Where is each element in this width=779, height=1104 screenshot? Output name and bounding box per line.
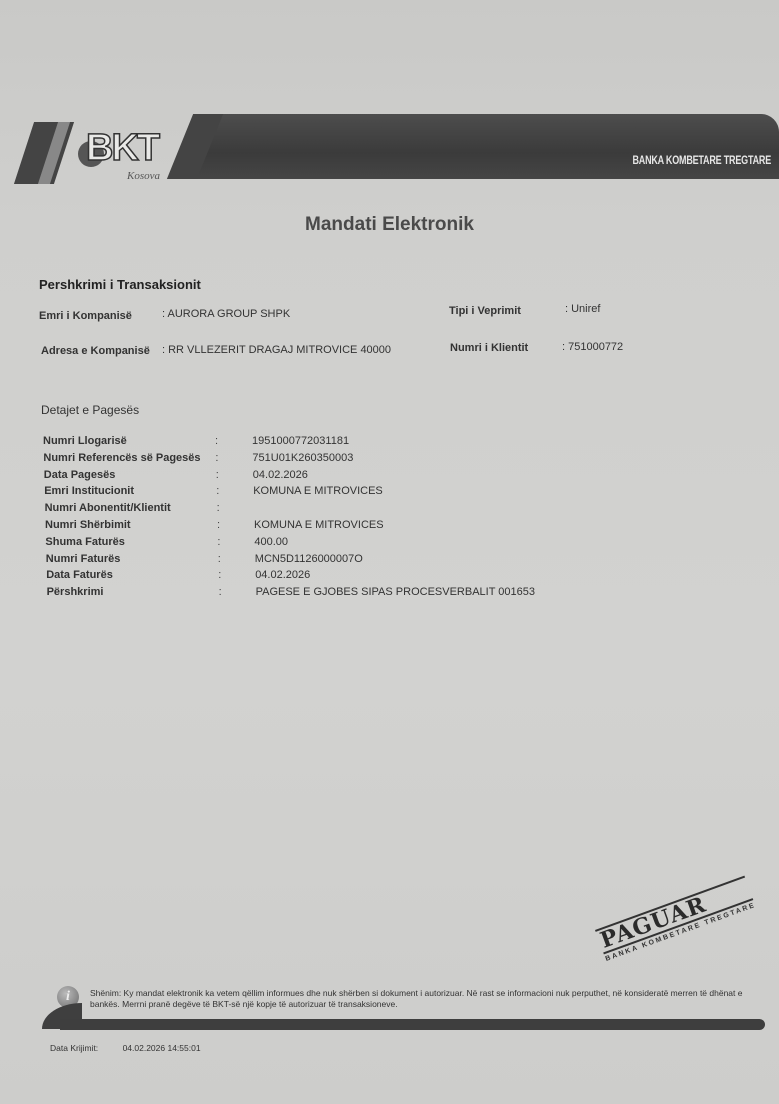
paid-stamp: PAGUAR BANKA KOMBETARE TREGTARE	[595, 875, 757, 962]
client-number-label: Numri i Klientit	[450, 342, 528, 354]
creation-date: Data Krijimit: 04.02.2026 14:55:01	[50, 1043, 201, 1053]
company-address-field: Adresa e Kompanisë	[41, 345, 150, 357]
payment-row-label: Përshkrimi	[47, 586, 104, 598]
payment-row-colon: :	[218, 553, 221, 565]
operation-type-field: Tipi i Veprimit	[449, 305, 521, 317]
header-bar: BANKA KOMBETARE TREGTARE	[196, 114, 779, 179]
bkt-logo: BKT Kosova	[72, 133, 172, 173]
payment-row-value: 751U01K260350003	[252, 452, 353, 464]
operation-type-label: Tipi i Veprimit	[449, 305, 521, 317]
operation-type-value: : Uniref	[565, 303, 600, 315]
company-address-label: Adresa e Kompanisë	[41, 345, 150, 357]
payment-row-colon: :	[217, 519, 220, 531]
payment-row-label: Data Faturës	[46, 569, 113, 581]
payment-row-label: Data Pagesës	[44, 469, 116, 481]
payment-row-value: KOMUNA E MITROVICES	[253, 485, 383, 497]
payment-row-colon: :	[217, 536, 220, 548]
footer-bar	[60, 1019, 765, 1030]
operation-type-value-wrap: : Uniref	[565, 303, 600, 315]
company-address-value-wrap: : RR VLLEZERIT DRAGAJ MITROVICE 40000	[162, 344, 391, 356]
payment-row-label: Emri Institucionit	[44, 485, 134, 497]
payment-row-value: KOMUNA E MITROVICES	[254, 519, 384, 531]
payment-row-value: 1951000772031181	[252, 435, 349, 447]
payment-row-value: PAGESE E GJOBES SIPAS PROCESVERBALIT 001…	[256, 586, 535, 598]
payment-row-value: 400.00	[254, 536, 288, 548]
payment-row-colon: :	[219, 586, 222, 598]
payment-row-colon: :	[215, 435, 218, 447]
payment-row-label: Numri Llogarisë	[43, 435, 127, 447]
payment-row-label: Numri Referencës së Pagesës	[43, 452, 200, 464]
payment-row-label: Numri Abonentit/Klientit	[45, 502, 171, 514]
payment-row-label: Numri Faturës	[46, 553, 121, 565]
company-name-label: Emri i Kompanisë	[39, 310, 132, 322]
creation-date-label: Data Krijimit:	[50, 1043, 98, 1053]
payment-row-colon: :	[215, 452, 218, 464]
document-title: Mandati Elektronik	[0, 214, 779, 236]
footer-note: Shënim: Ky mandat elektronik ka vetem që…	[90, 988, 750, 1010]
company-name-field: Emri i Kompanisë	[39, 310, 132, 322]
payment-row-label: Shuma Faturës	[45, 536, 124, 548]
payment-row-value: MCN5D1126000007O	[255, 553, 363, 565]
payment-row-value: 04.02.2026	[253, 469, 308, 481]
payment-row-label: Numri Shërbimit	[45, 519, 131, 531]
payment-row-colon: :	[217, 502, 220, 514]
payment-section-title: Detajet e Pagesës	[41, 403, 139, 417]
bank-name: BANKA KOMBETARE TREGTARE	[632, 154, 771, 167]
transaction-section-title: Pershkrimi i Transaksionit	[39, 277, 201, 292]
company-name-value: : AURORA GROUP SHPK	[162, 308, 290, 320]
logo-subtitle: Kosova	[127, 170, 160, 182]
logo-text: BKT	[86, 127, 158, 170]
payment-row-colon: :	[216, 485, 219, 497]
client-number-value: : 751000772	[562, 341, 623, 353]
company-name-value-wrap: : AURORA GROUP SHPK	[162, 308, 290, 320]
payment-row-value: 04.02.2026	[255, 569, 310, 581]
client-number-value-wrap: : 751000772	[562, 341, 623, 353]
client-number-field: Numri i Klientit	[450, 342, 528, 354]
payment-row-colon: :	[218, 569, 221, 581]
company-address-value: : RR VLLEZERIT DRAGAJ MITROVICE 40000	[162, 344, 391, 356]
payment-row-colon: :	[216, 469, 219, 481]
electronic-mandate-document: BKT Kosova BANKA KOMBETARE TREGTARE Mand…	[0, 0, 779, 1104]
creation-date-value: 04.02.2026 14:55:01	[123, 1043, 201, 1053]
